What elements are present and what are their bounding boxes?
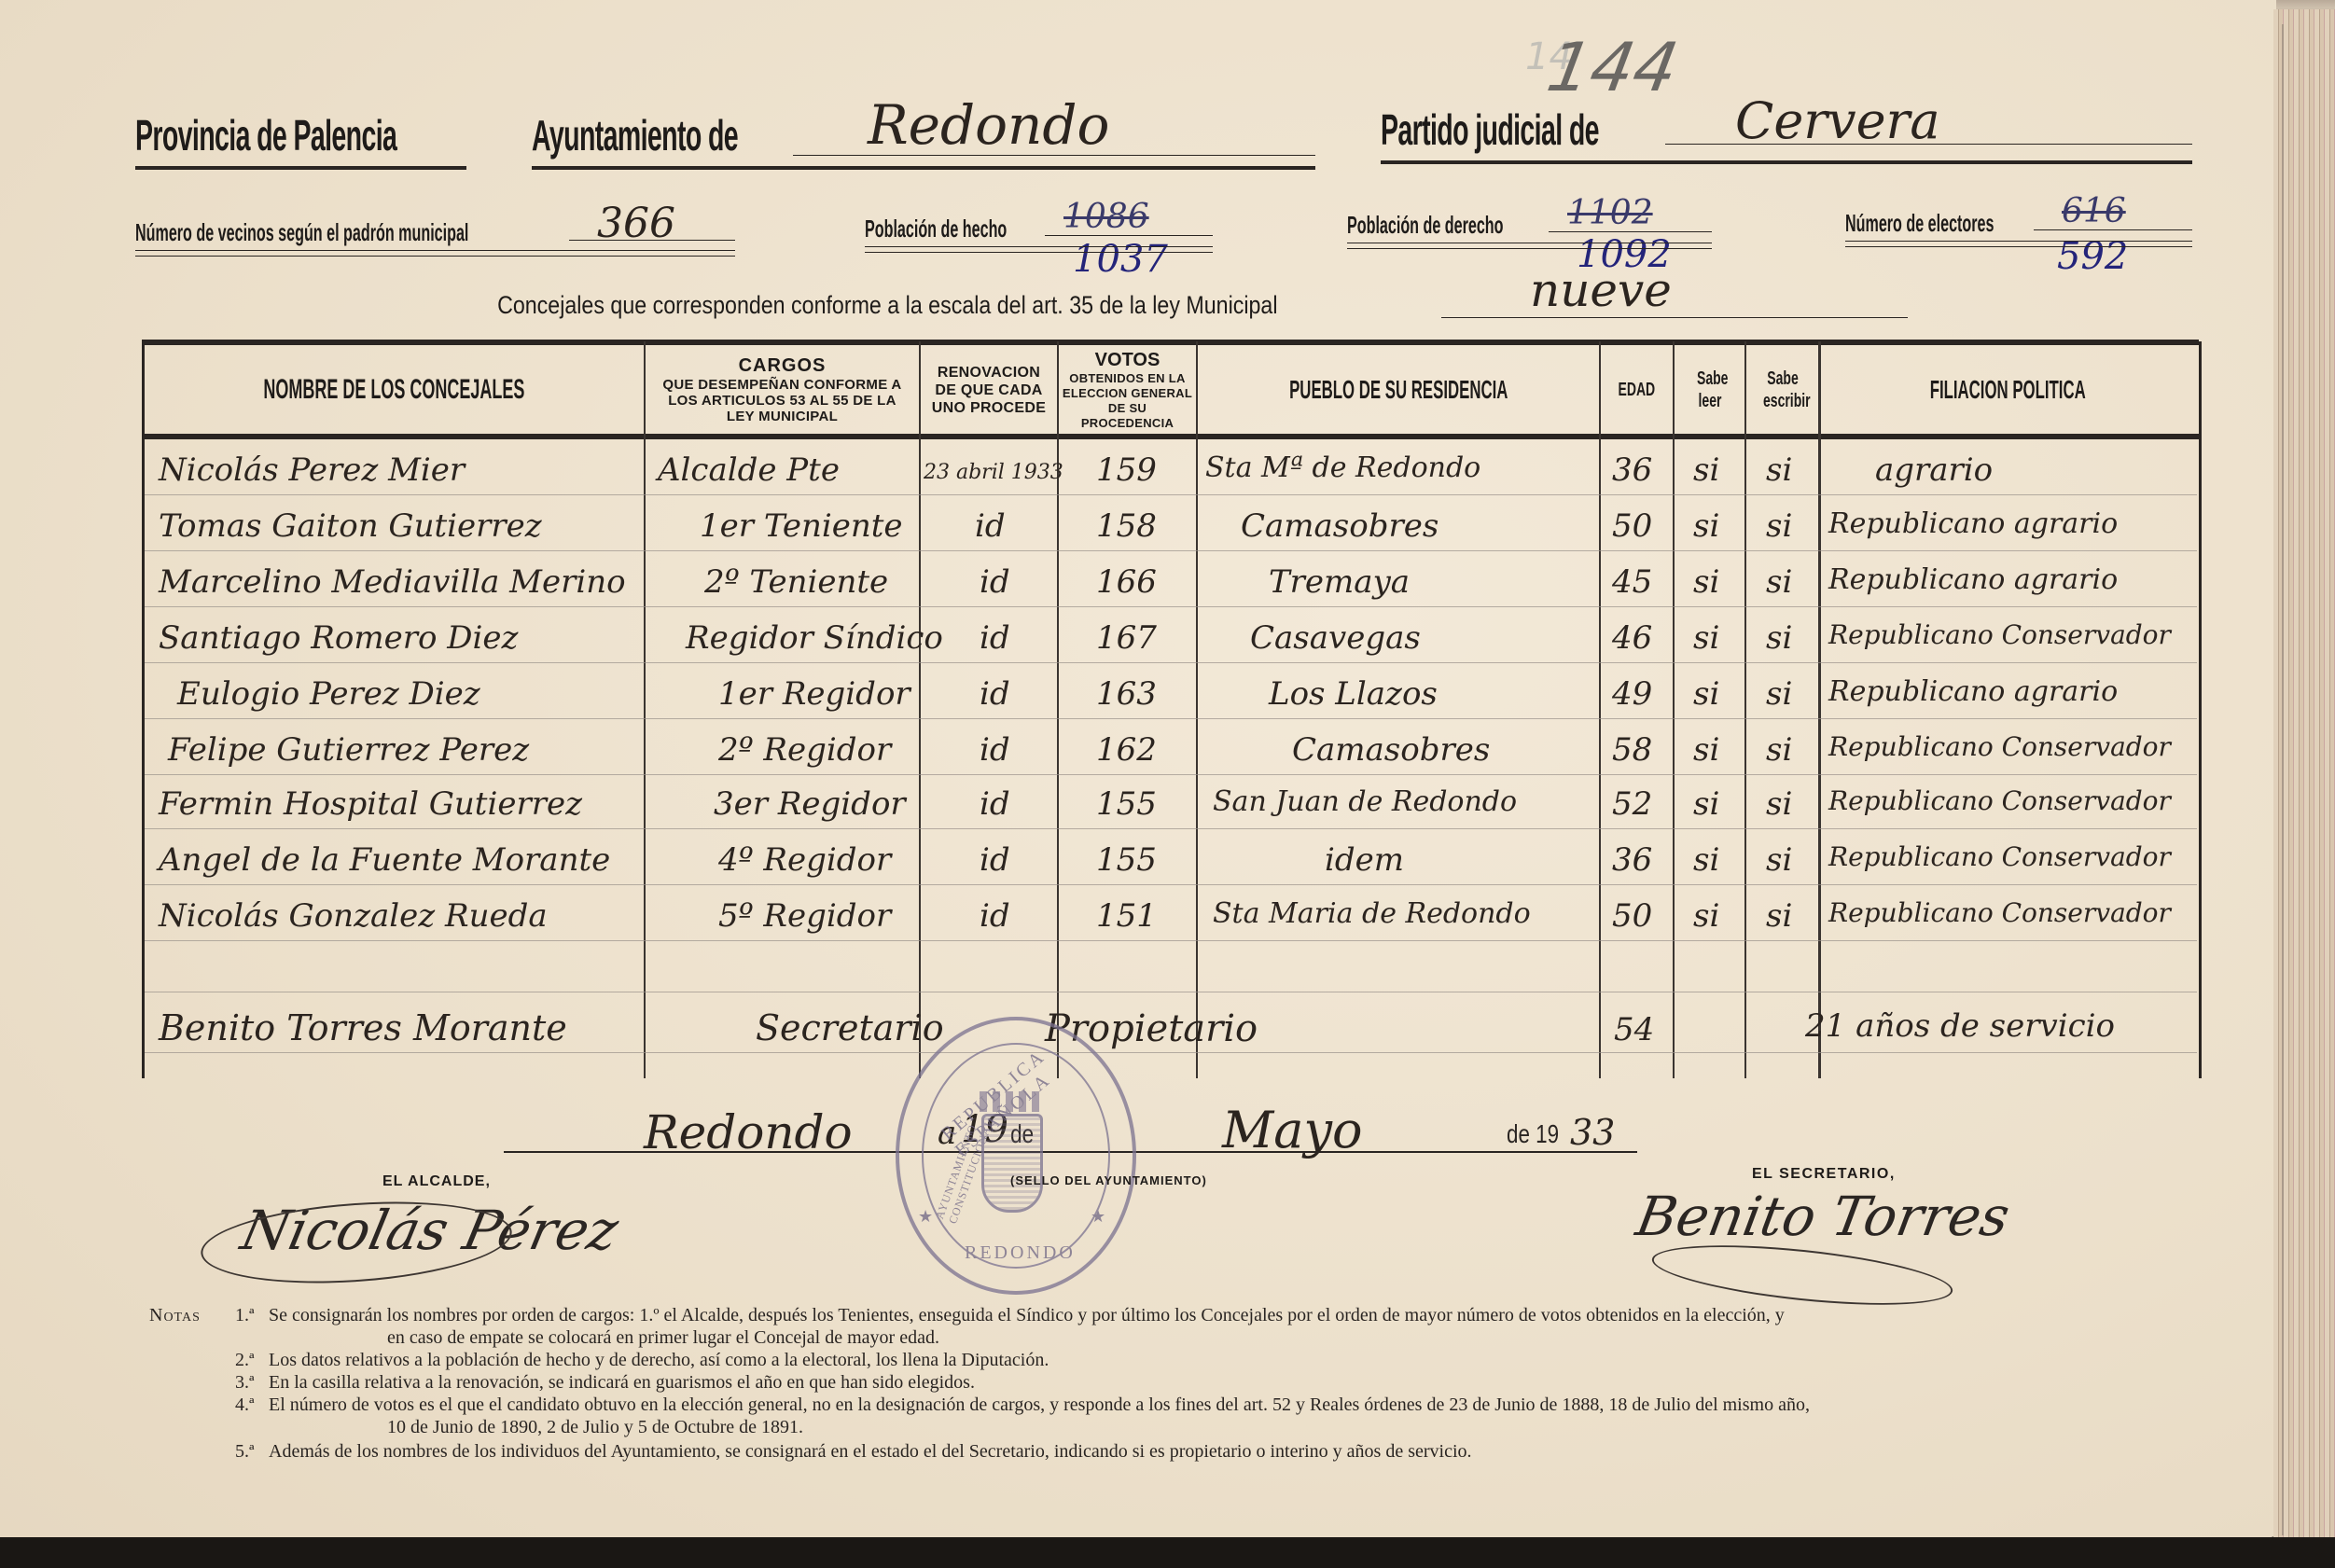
cell-votos: 163: [1096, 675, 1157, 713]
secretario-label: EL SECRETARIO,: [1752, 1166, 1896, 1183]
cell-votos: 162: [1096, 731, 1157, 769]
provincia-underline: [135, 166, 466, 170]
col-header-pueblo: PUEBLO DE SU RESIDENCIA: [1198, 347, 1599, 433]
poblacion-derecho-struck: 1102: [1567, 194, 1653, 232]
secretary-edad: 54: [1614, 1011, 1654, 1048]
col-header-filiacion: FILIACION POLITICA: [1821, 347, 2194, 433]
col-header-renovacion: RENOVACION DE QUE CADA UNO PROCEDE: [921, 347, 1057, 433]
cell-pueblo: Camasobres: [1241, 507, 1439, 545]
col-divider: [919, 341, 921, 1078]
vecinos-fill-line: [569, 240, 735, 241]
poblacion-hecho-label: Población de hecho: [865, 215, 1007, 243]
row-rule: [145, 718, 2197, 719]
vecinos-double-line-2: [135, 256, 735, 257]
provincia-label: Provincia de Palencia: [135, 110, 396, 160]
secretary-nombre: Benito Torres Morante: [159, 1007, 567, 1048]
table-header-rule: [142, 434, 2199, 439]
poblacion-derecho-fill-line: [1549, 231, 1712, 232]
concejales-escala-label: Concejales que corresponden conforme a l…: [497, 291, 1277, 320]
cell-pueblo: Los Llazos: [1269, 675, 1438, 713]
cell-renovacion: id: [980, 897, 1010, 935]
col-header-label: NOMBRE DE LOS CONCEJALES: [263, 374, 524, 406]
note-number: 2.ª: [235, 1349, 255, 1372]
cell-sabe-escribir: si: [1766, 563, 1792, 601]
cell-renovacion: id: [980, 675, 1010, 713]
cell-filiacion: agrario: [1875, 451, 1993, 489]
col-header-label: QUE DESEMPEÑAN CONFORME A LOS ARTICULOS …: [661, 377, 904, 424]
cell-votos: 159: [1096, 451, 1157, 489]
cell-cargo: 2º Regidor: [718, 731, 891, 769]
note-number: 4.ª: [235, 1394, 255, 1417]
poblacion-derecho-double-line-1: [1347, 243, 1712, 243]
note-number: 3.ª: [235, 1371, 255, 1395]
partido-fill-line: [1665, 144, 2192, 145]
cell-votos: 155: [1096, 785, 1157, 823]
cell-renovacion: id: [975, 507, 1006, 545]
cell-votos: 155: [1096, 841, 1157, 879]
cell-sabe-leer: si: [1693, 563, 1719, 601]
cell-cargo: 3er Regidor: [714, 785, 906, 823]
cell-sabe-leer: si: [1693, 675, 1719, 713]
col-header-title: VOTOS: [1095, 350, 1161, 371]
cell-filiacion: Republicano Conservador: [1828, 785, 2171, 816]
col-header-sabe-leer: Sabe leer: [1675, 347, 1744, 433]
row-rule: [145, 606, 2197, 607]
col-divider: [1057, 341, 1059, 1078]
cell-sabe-escribir: si: [1766, 731, 1792, 769]
col-header-label: EDAD: [1619, 379, 1656, 401]
col-header-title: CARGOS: [739, 355, 827, 377]
cell-votos: 158: [1096, 507, 1157, 545]
cell-cargo: 5º Regidor: [718, 897, 891, 935]
secretario-signature: Benito Torres: [1632, 1185, 2014, 1248]
cell-filiacion: Republicano agrario: [1828, 507, 2118, 540]
electores-double-line-2: [1845, 246, 2192, 247]
concejales-escala-value: nueve: [1530, 263, 1672, 317]
note-text: En la casilla relativa a la renovación, …: [269, 1371, 2335, 1395]
col-header-label: RENOVACION DE QUE CADA UNO PROCEDE: [928, 364, 1049, 417]
row-rule: [145, 774, 2197, 775]
vecinos-label: Número de vecinos según el padrón munici…: [135, 218, 468, 247]
notes-label: Notas: [149, 1304, 201, 1327]
col-divider: [1818, 341, 1821, 1078]
cell-nombre: Nicolás Perez Mier: [159, 451, 465, 489]
cell-nombre: Marcelino Mediavilla Merino: [159, 563, 626, 601]
cell-sabe-escribir: si: [1766, 451, 1792, 489]
poblacion-hecho-fill-line: [1045, 235, 1213, 236]
cell-pueblo: Tremaya: [1269, 563, 1410, 601]
note-text-continued: en caso de empate se colocará en primer …: [387, 1326, 2335, 1350]
cell-renovacion: id: [980, 619, 1010, 657]
col-divider: [1196, 341, 1198, 1078]
cell-edad: 36: [1612, 841, 1652, 879]
electores-struck: 616: [2062, 192, 2126, 230]
star-icon: ★: [1091, 1207, 1108, 1227]
cell-cargo: Regidor Síndico: [686, 619, 943, 657]
cell-sabe-leer: si: [1693, 619, 1719, 657]
alcalde-label: EL ALCALDE,: [382, 1173, 491, 1190]
cell-edad: 46: [1612, 619, 1652, 657]
row-rule: [145, 662, 2197, 663]
table-bottom-left: [142, 1076, 145, 1078]
cell-sabe-leer: si: [1693, 841, 1719, 879]
col-header-label: FILIACION POLITICA: [1929, 375, 2085, 405]
col-divider: [1744, 341, 1746, 1078]
poblacion-hecho-struck: 1086: [1063, 198, 1149, 236]
row-rule: [145, 828, 2197, 829]
note-number: 1.ª: [235, 1304, 255, 1327]
cell-pueblo: Sta Maria de Redondo: [1213, 897, 1531, 930]
vecinos-double-line-1: [135, 250, 735, 251]
secretary-servicio: 21 años de servicio: [1805, 1007, 2115, 1045]
col-header-label: OBTENIDOS EN LA ELECCION GENERAL DE SU P…: [1063, 371, 1193, 431]
cell-nombre: Angel de la Fuente Morante: [159, 841, 610, 879]
cell-filiacion: Republicano Conservador: [1828, 731, 2171, 762]
cell-sabe-escribir: si: [1766, 841, 1792, 879]
col-header-nombre: NOMBRE DE LOS CONCEJALES: [145, 347, 644, 433]
note-text: Los datos relativos a la población de he…: [269, 1349, 2335, 1372]
note-number: 5.ª: [235, 1440, 255, 1464]
cell-cargo: 4º Regidor: [718, 841, 891, 879]
cell-nombre: Santiago Romero Diez: [159, 619, 518, 657]
row-rule: [145, 1052, 2197, 1053]
poblacion-derecho-double-line-2: [1347, 248, 1712, 249]
seal-bottom-text: REDONDO: [965, 1242, 1076, 1264]
cell-cargo: 1er Teniente: [700, 507, 903, 545]
cell-votos: 151: [1096, 897, 1157, 935]
col-divider: [644, 341, 646, 1078]
partido-value: Cervera: [1735, 91, 1940, 150]
cell-nombre: Felipe Gutierrez Perez: [168, 731, 529, 769]
secretary-cargo: Secretario: [756, 1007, 944, 1048]
seal-label: (SELLO DEL AYUNTAMIENTO): [1010, 1173, 1207, 1187]
row-rule: [145, 992, 2197, 992]
cell-pueblo: Sta Mª de Redondo: [1205, 451, 1480, 484]
cell-filiacion: Republicano Conservador: [1828, 897, 2171, 928]
note-text: Además de los nombres de los individuos …: [269, 1440, 2335, 1464]
note-text-continued: 10 de Junio de 1890, 2 de Julio y 5 de O…: [387, 1416, 2335, 1439]
star-icon: ★: [918, 1207, 936, 1227]
poblacion-hecho-value: 1037: [1073, 238, 1168, 281]
partido-underline: [1381, 160, 2192, 164]
cell-pueblo: Camasobres: [1292, 731, 1490, 769]
cell-edad: 49: [1612, 675, 1652, 713]
ayuntamiento-value: Redondo: [868, 93, 1109, 157]
cell-sabe-leer: si: [1693, 785, 1719, 823]
note-text: Se consignarán los nombres por orden de …: [269, 1304, 2335, 1327]
cell-pueblo: idem: [1325, 841, 1404, 879]
cell-cargo: 2º Teniente: [704, 563, 888, 601]
cell-cargo: 1er Regidor: [718, 675, 910, 713]
col-header-label: Sabe leer: [1697, 368, 1723, 412]
cell-renovacion: id: [980, 841, 1010, 879]
cell-votos: 167: [1096, 619, 1157, 657]
electores-double-line-1: [1845, 241, 2192, 242]
cell-pueblo: San Juan de Redondo: [1213, 785, 1517, 818]
cell-renovacion: id: [980, 563, 1010, 601]
poblacion-hecho-double-line-2: [865, 252, 1213, 253]
cell-edad: 45: [1612, 563, 1652, 601]
cell-edad: 50: [1612, 507, 1652, 545]
col-header-cargos: CARGOS QUE DESEMPEÑAN CONFORME A LOS ART…: [646, 347, 919, 433]
cell-sabe-escribir: si: [1766, 897, 1792, 935]
ayuntamiento-seal: REPUBLICA ESPAÑOLA AYUNTAMIENTO CONSTITU…: [896, 1017, 1136, 1295]
row-rule: [145, 494, 2197, 495]
col-divider: [1599, 341, 1601, 1078]
electores-fill-line: [2034, 229, 2192, 230]
cell-pueblo: Casavegas: [1250, 619, 1421, 657]
row-rule: [145, 884, 2197, 885]
cell-sabe-leer: si: [1693, 507, 1719, 545]
cell-edad: 52: [1612, 785, 1652, 823]
table-top-rule: [142, 340, 2199, 345]
cell-cargo: Alcalde Pte: [658, 451, 840, 489]
cell-filiacion: Republicano agrario: [1828, 675, 2118, 708]
poblacion-hecho-double-line-1: [865, 246, 1213, 247]
ayuntamiento-label: Ayuntamiento de: [532, 110, 738, 160]
cell-sabe-escribir: si: [1766, 785, 1792, 823]
cell-votos: 166: [1096, 563, 1157, 601]
col-divider: [1673, 341, 1675, 1078]
col-header-label: PUEBLO DE SU RESIDENCIA: [1289, 375, 1508, 405]
cell-nombre: Fermin Hospital Gutierrez: [159, 785, 582, 823]
concejales-fill-line: [1441, 317, 1908, 318]
cell-sabe-escribir: si: [1766, 675, 1792, 713]
cell-nombre: Eulogio Perez Diez: [177, 675, 480, 713]
cell-sabe-leer: si: [1693, 897, 1719, 935]
date-year-prefix: de 19: [1507, 1119, 1559, 1149]
col-header-edad: EDAD: [1601, 347, 1673, 433]
cell-sabe-leer: si: [1693, 451, 1719, 489]
cell-edad: 58: [1612, 731, 1652, 769]
cell-renovacion: id: [980, 731, 1010, 769]
row-rule: [145, 940, 2197, 941]
cell-filiacion: Republicano Conservador: [1828, 841, 2171, 872]
date-year-suffix: 33: [1570, 1112, 1615, 1153]
cell-sabe-escribir: si: [1766, 619, 1792, 657]
folio-number: 144: [1542, 28, 1684, 106]
row-rule: [145, 550, 2197, 551]
col-header-sabe-escribir: Sabe escribir: [1746, 347, 1818, 433]
ayuntamiento-underline: [532, 166, 1315, 170]
electores-label: Número de electores: [1845, 209, 1994, 238]
cell-nombre: Tomas Gaiton Gutierrez: [159, 507, 542, 545]
cell-renovacion: id: [980, 785, 1010, 823]
partido-label: Partido judicial de: [1381, 104, 1599, 155]
cell-filiacion: Republicano agrario: [1828, 563, 2118, 596]
col-header-label: Sabe escribir: [1763, 368, 1802, 412]
note-text: El número de votos es el que el candidat…: [269, 1394, 2335, 1417]
ayuntamiento-fill-line: [793, 155, 1315, 156]
cell-edad: 36: [1612, 451, 1652, 489]
cell-filiacion: Republicano Conservador: [1828, 619, 2171, 650]
cell-sabe-leer: si: [1693, 731, 1719, 769]
cell-nombre: Nicolás Gonzalez Rueda: [159, 897, 548, 935]
poblacion-derecho-label: Población de derecho: [1347, 211, 1504, 240]
cell-renovacion: 23 abril 1933: [924, 461, 1063, 484]
cell-edad: 50: [1612, 897, 1652, 935]
cell-sabe-escribir: si: [1766, 507, 1792, 545]
col-header-votos: VOTOS OBTENIDOS EN LA ELECCION GENERAL D…: [1059, 347, 1196, 433]
